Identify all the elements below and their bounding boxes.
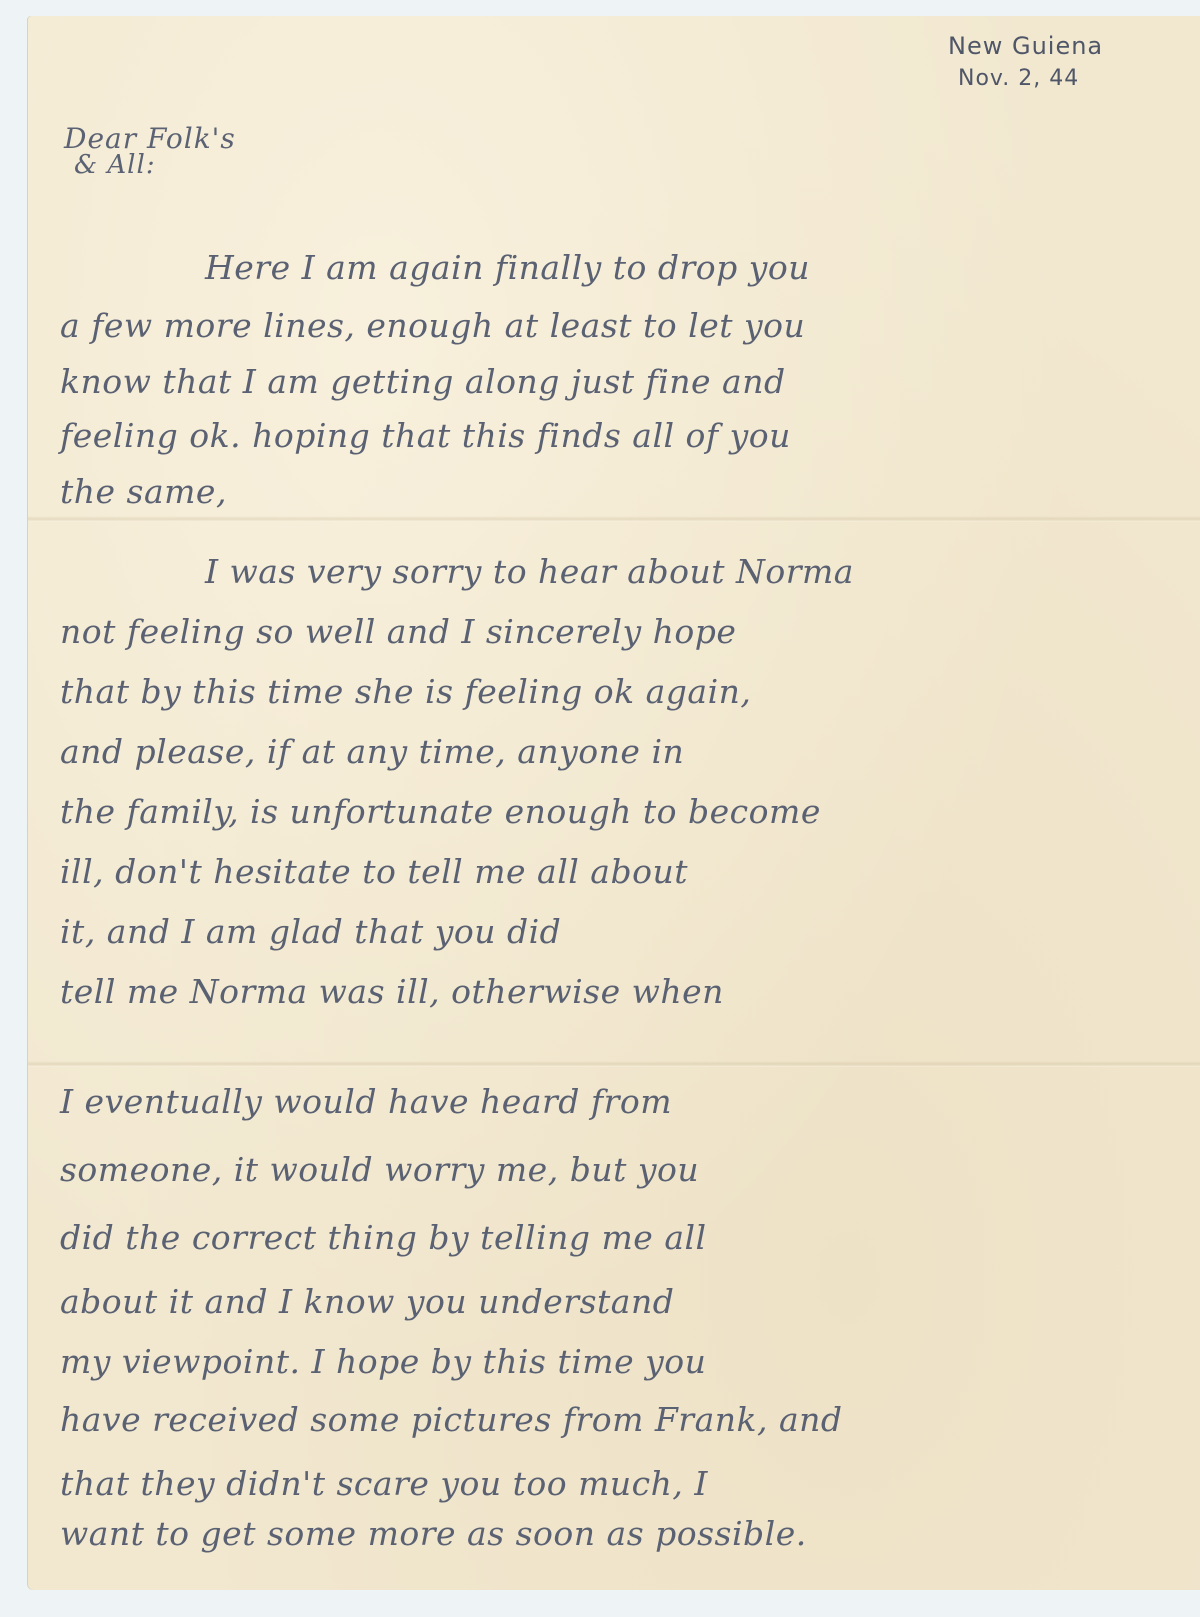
body-line: know that I am getting along just fine a…: [60, 362, 786, 401]
body-line: about it and I know you understand: [60, 1282, 674, 1321]
body-line: did the correct thing by telling me all: [60, 1218, 707, 1257]
body-line: that they didn't scare you too much, I: [60, 1464, 708, 1503]
body-line: I was very sorry to hear about Norma: [205, 552, 854, 591]
body-line: the same,: [60, 472, 227, 511]
body-line: Here I am again finally to drop you: [205, 248, 810, 287]
body-line: and please, if at any time, anyone in: [60, 732, 684, 771]
body-line: my viewpoint. I hope by this time you: [60, 1342, 706, 1381]
body-line: not feeling so well and I sincerely hope: [60, 612, 736, 651]
letter-date: Nov. 2, 44: [958, 66, 1079, 91]
salutation-line-2: & All:: [74, 150, 156, 180]
body-line: want to get some more as soon as possibl…: [60, 1514, 807, 1553]
body-line: that by this time she is feeling ok agai…: [60, 672, 751, 711]
body-line: the family, is unfortunate enough to bec…: [60, 792, 821, 831]
body-line: someone, it would worry me, but you: [60, 1150, 699, 1189]
body-line: tell me Norma was ill, otherwise when: [60, 972, 724, 1011]
body-line: a few more lines, enough at least to let…: [60, 306, 805, 345]
letter-place: New Guiena: [948, 32, 1103, 60]
fold-line: [28, 516, 1200, 522]
body-line: feeling ok. hoping that this finds all o…: [60, 416, 791, 455]
body-line: ill, don't hesitate to tell me all about: [60, 852, 688, 891]
body-line: it, and I am glad that you did: [60, 912, 561, 951]
body-line: I eventually would have heard from: [60, 1082, 672, 1121]
fold-line: [28, 1061, 1200, 1067]
body-line: have received some pictures from Frank, …: [60, 1400, 843, 1439]
